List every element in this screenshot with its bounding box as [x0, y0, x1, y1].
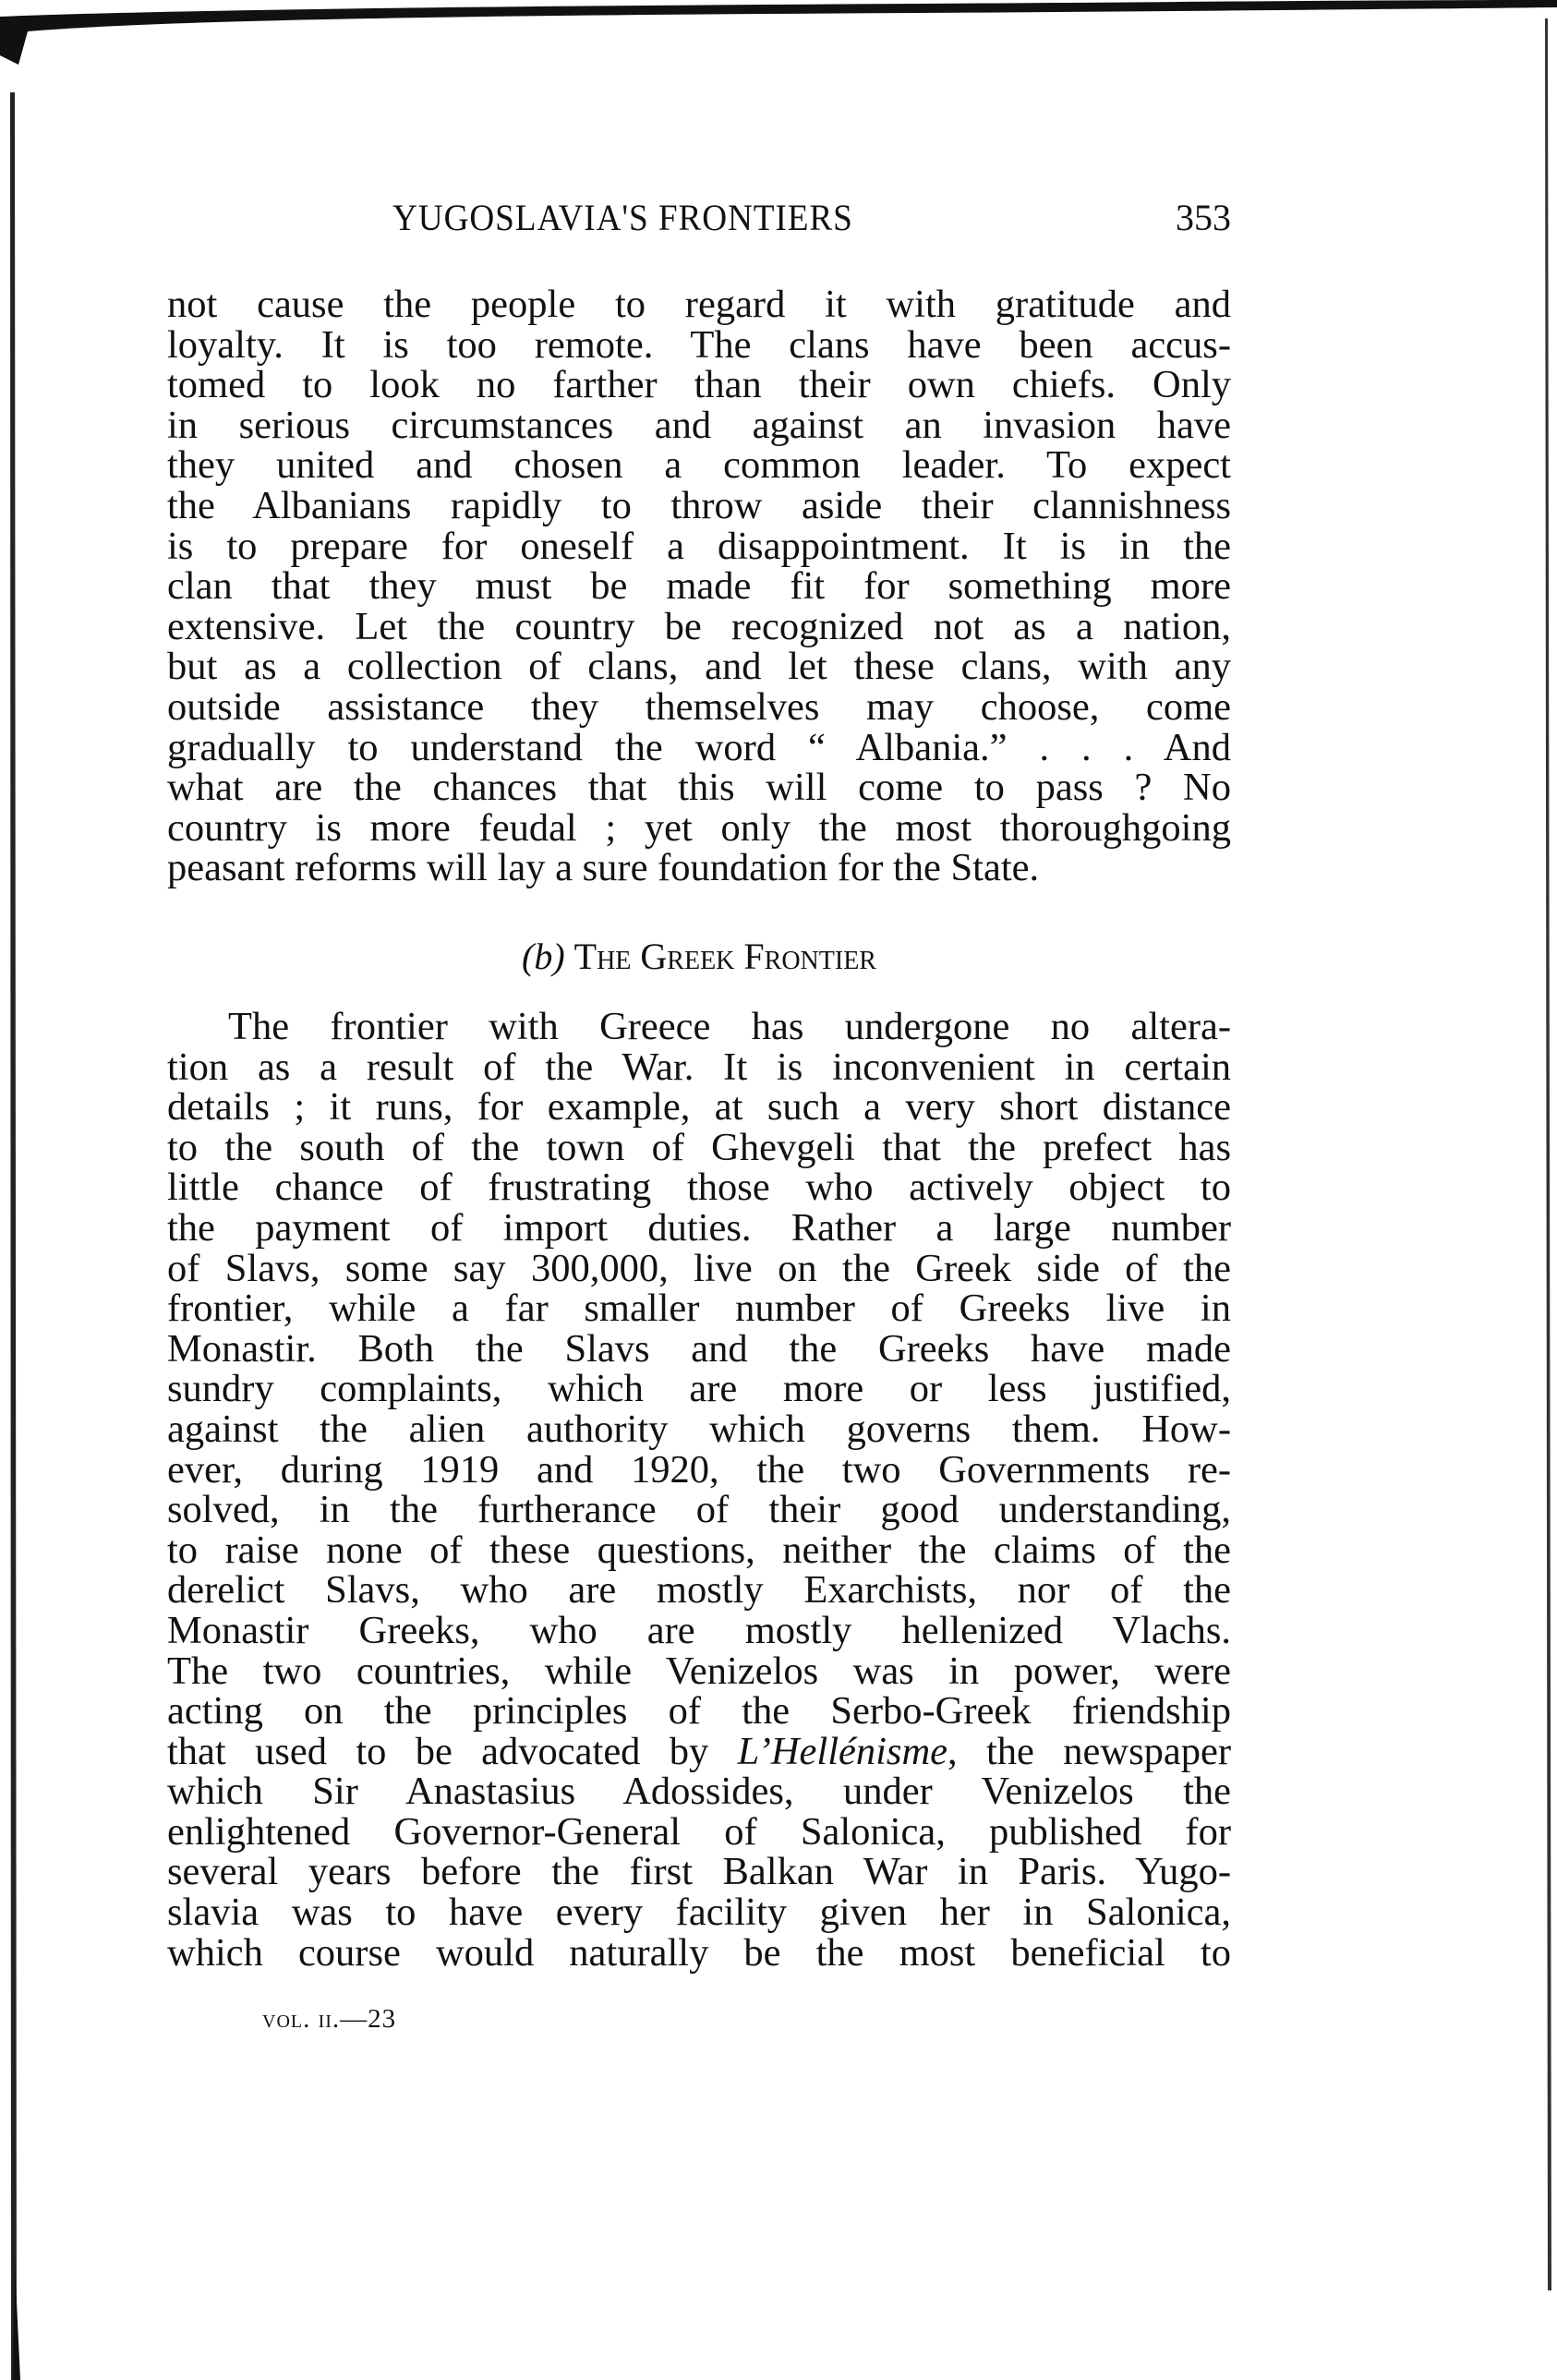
paragraph-greek-frontier: The frontier with Greece has undergone n… [167, 1007, 1231, 1973]
text-line: the Albanians rapidly to throw aside the… [167, 486, 1231, 526]
text-line: the payment of import duties. Rather a l… [167, 1208, 1231, 1249]
text-line: details ; it runs, for example, at such … [167, 1087, 1231, 1128]
text-line: tion as a result of the War. It is incon… [167, 1047, 1231, 1088]
text-line: of Slavs, some say 300,000, live on the … [167, 1249, 1231, 1289]
text-line: acting on the principles of the Serbo-Gr… [167, 1691, 1231, 1732]
text-line: slavia was to have every facility given … [167, 1892, 1231, 1933]
text-line: against the alien authority which govern… [167, 1409, 1231, 1450]
text-line: to raise none of these questions, neithe… [167, 1530, 1231, 1571]
text-line: they united and chosen a common leader. … [167, 445, 1231, 486]
text-line: what are the chances that this will come… [167, 767, 1231, 808]
text-line: but as a collection of clans, and let th… [167, 646, 1231, 687]
text-line: several years before the first Balkan Wa… [167, 1852, 1231, 1892]
text-line: sundry complaints, which are more or les… [167, 1369, 1231, 1409]
text-fragment: , the newspaper [947, 1730, 1231, 1773]
text-line-with-italic: that used to be advocated by L’Hellénism… [167, 1732, 1231, 1772]
scan-top-edge-shadow [0, 0, 1557, 65]
text-line: enlightened Governor-General of Salonica… [167, 1812, 1231, 1853]
text-line: is to prepare for oneself a disappointme… [167, 526, 1231, 567]
text-line: The two countries, while Venizelos was i… [167, 1651, 1231, 1692]
page-number: 353 [1176, 196, 1231, 239]
text-line: in serious circumstances and against an … [167, 405, 1231, 446]
signature-mark: vol. ii.—23 [262, 2004, 396, 2035]
text-line: to the south of the town of Ghevgeli tha… [167, 1128, 1231, 1168]
section-title: The Greek Frontier [574, 936, 876, 977]
running-head: YUGOSLAVIA'S FRONTIERS [392, 196, 853, 239]
text-line: extensive. Let the country be recognized… [167, 607, 1231, 647]
text-line: The frontier with Greece has undergone n… [167, 1007, 1231, 1047]
text-line: country is more feudal ; yet only the mo… [167, 808, 1231, 849]
scan-left-edge [7, 92, 35, 2380]
scan-right-edge [1529, 18, 1557, 2290]
text-line: outside assistance they themselves may c… [167, 687, 1231, 728]
section-label: (b) [522, 936, 565, 977]
newspaper-title: L’Hellénisme [738, 1730, 947, 1773]
text-line: solved, in the furtherance of their good… [167, 1490, 1231, 1530]
text-line: which Sir Anastasius Adossides, under Ve… [167, 1771, 1231, 1812]
section-heading: (b) The Greek Frontier [167, 935, 1231, 978]
text-line: derelict Slavs, who are mostly Exarchist… [167, 1570, 1231, 1611]
text-line: frontier, while a far smaller number of … [167, 1288, 1231, 1329]
text-line: peasant reforms will lay a sure foundati… [167, 848, 1231, 888]
text-line: clan that they must be made fit for some… [167, 566, 1231, 607]
text-line: Monastir Greeks, who are mostly helleniz… [167, 1611, 1231, 1651]
text-line: little chance of frustrating those who a… [167, 1167, 1231, 1208]
text-line: Monastir. Both the Slavs and the Greeks … [167, 1329, 1231, 1370]
text-line: not cause the people to regard it with g… [167, 284, 1231, 325]
page-header: YUGOSLAVIA'S FRONTIERS 353 [167, 196, 1231, 242]
text-line: gradually to understand the word “ Alban… [167, 728, 1231, 768]
text-line: ever, during 1919 and 1920, the two Gove… [167, 1450, 1231, 1491]
paragraph-continuation: not cause the people to regard it with g… [167, 284, 1231, 888]
text-line: tomed to look no farther than their own … [167, 365, 1231, 405]
text-line: which course would naturally be the most… [167, 1933, 1231, 1974]
text-fragment: that used to be advocated by [167, 1730, 738, 1773]
text-line: loyalty. It is too remote. The clans hav… [167, 325, 1231, 366]
